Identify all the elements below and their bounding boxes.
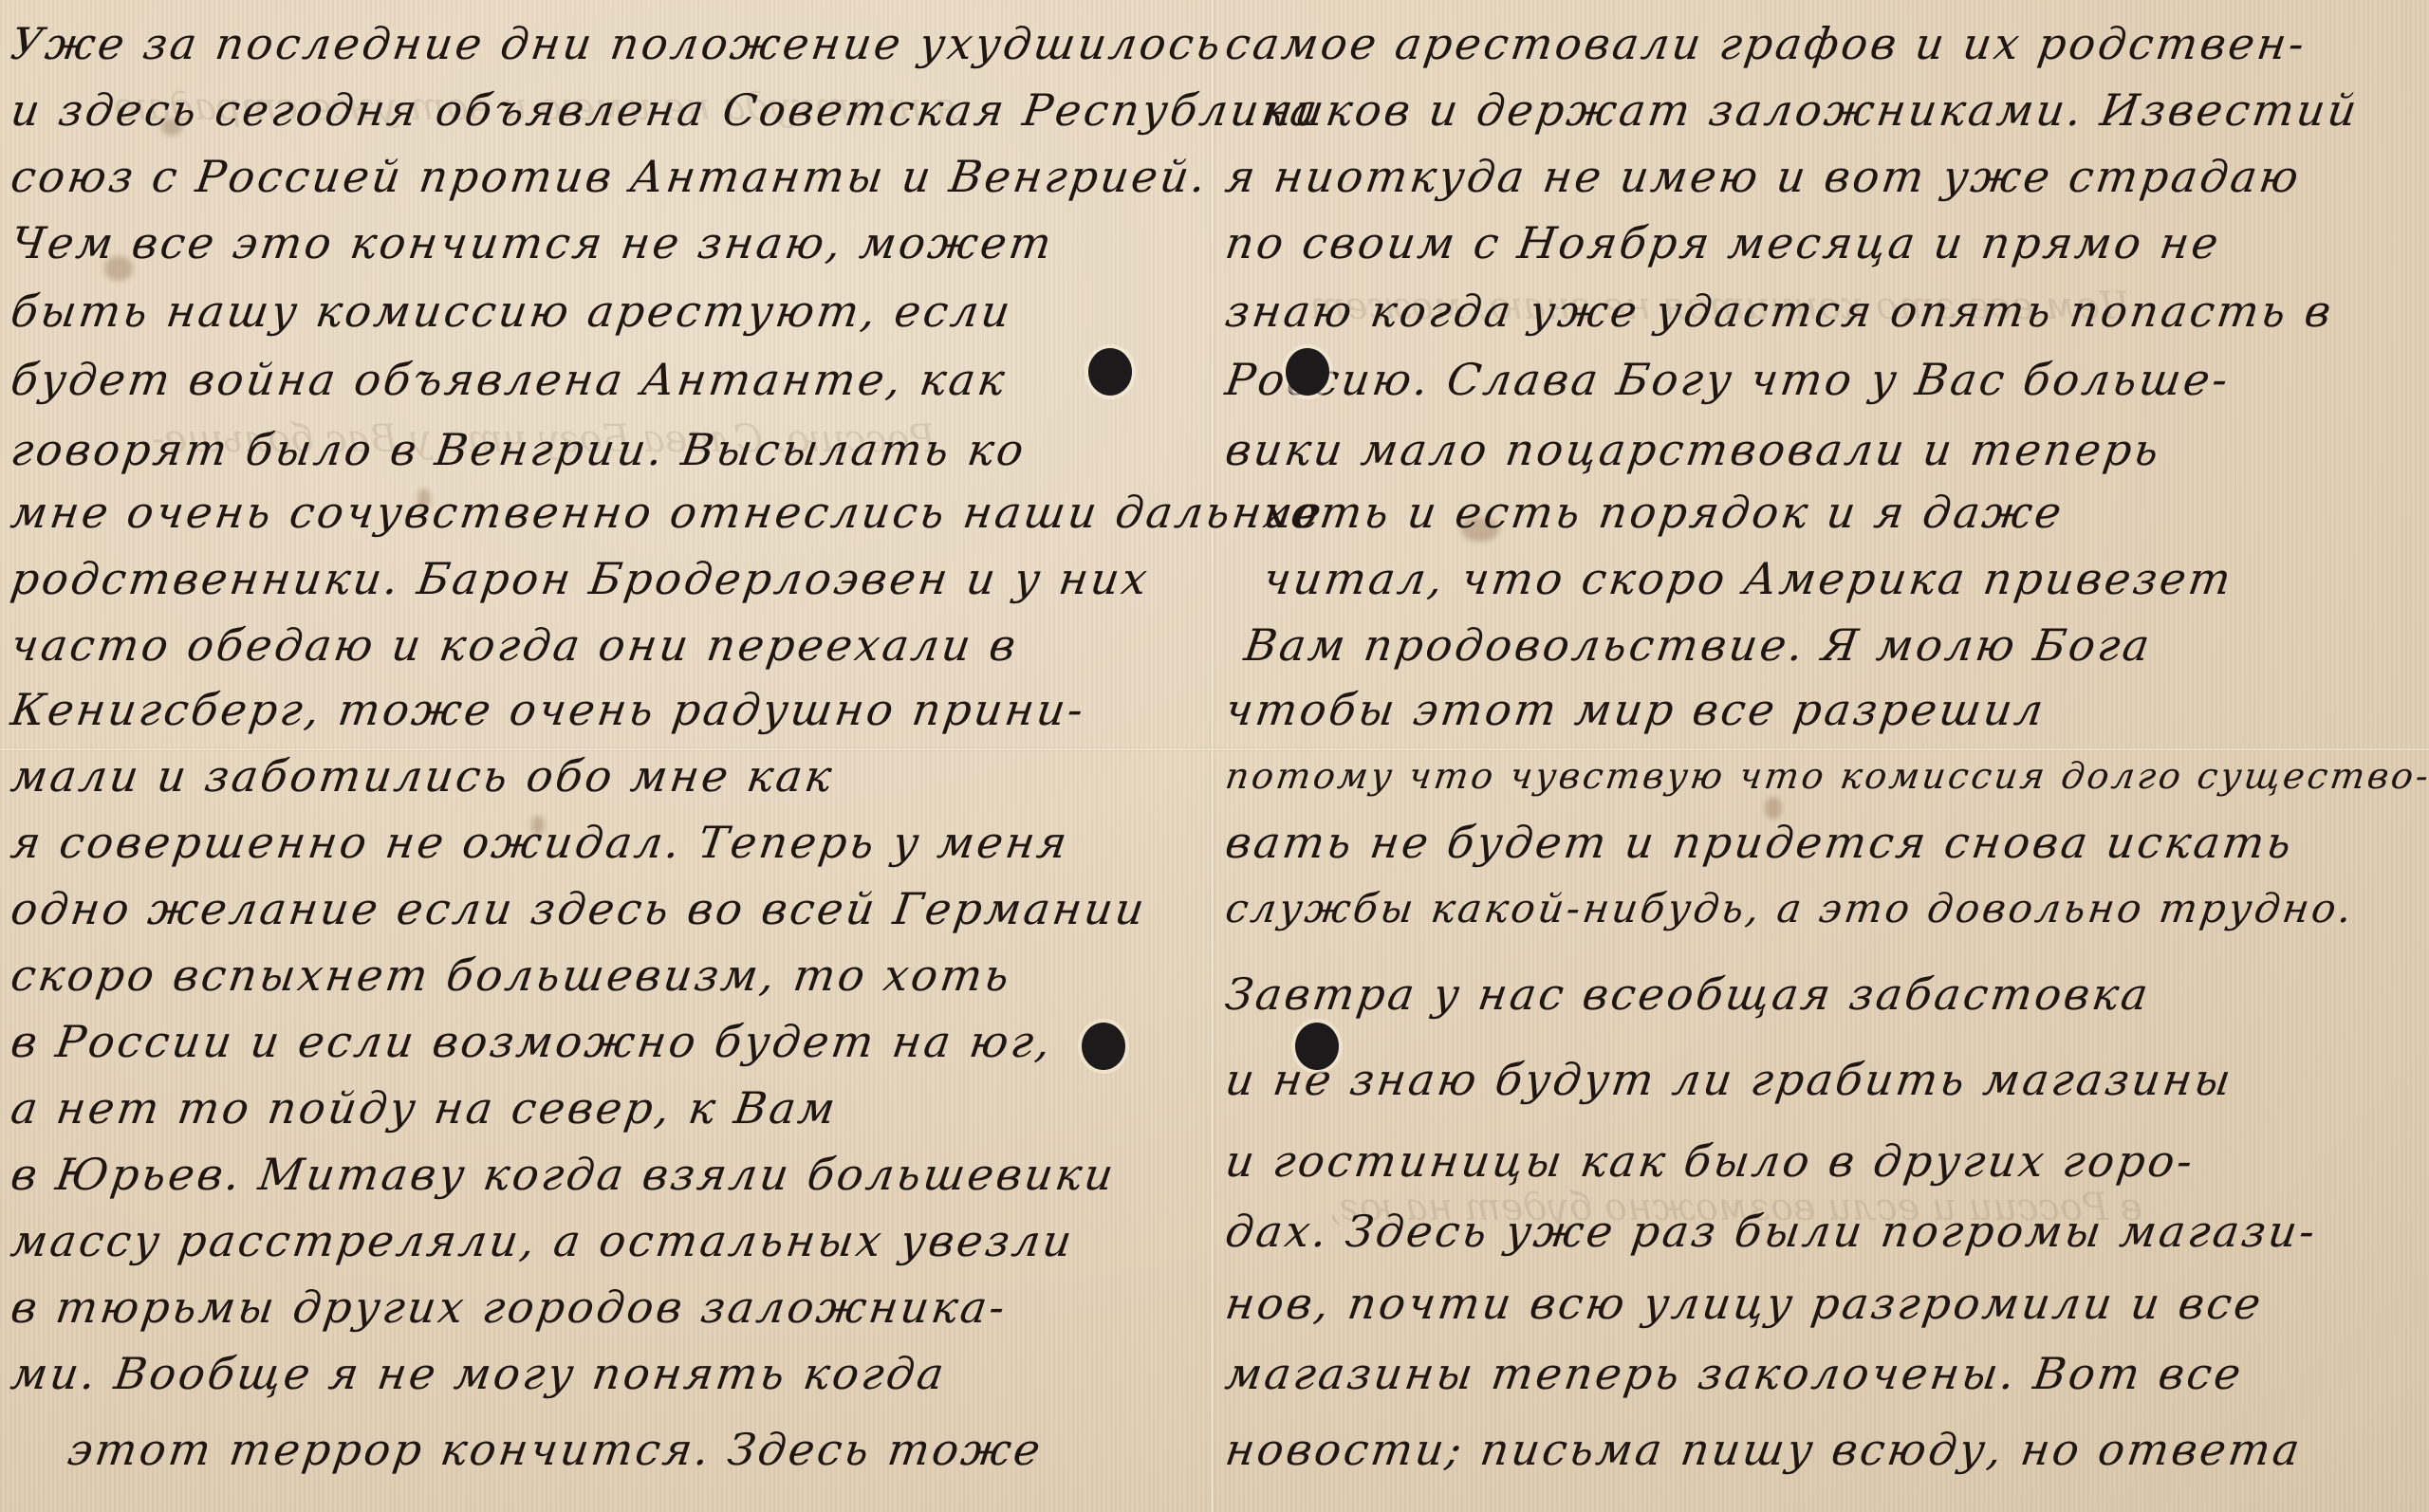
text-line: Чем все это кончится не знаю, может — [8, 216, 1057, 269]
text-line: Вам продовольствие. Я молю Бога — [1241, 618, 2156, 672]
text-line: службы какой-нибудь, а это довольно труд… — [1222, 882, 2358, 935]
text-line: Россию. Слава Богу что у Вас больше- — [1222, 353, 2234, 406]
text-line: по своим с Ноября месяца и прямо не — [1222, 216, 2224, 269]
letter-sheet: я ниоткуда не имею и вот уже страдаю Рос… — [0, 0, 2429, 1512]
text-line: знаю когда уже удастся опять попасть в — [1222, 285, 2337, 338]
text-line: ников и держат заложниками. Известий — [1260, 83, 2363, 137]
text-line: в России и если возможно будет на юг, — [8, 1015, 1056, 1068]
text-line: часто обедаю и когда они переехали в — [8, 618, 1022, 672]
text-line: этот террор кончится. Здесь тоже — [65, 1423, 1047, 1476]
text-line: читал, что скоро Америка привезет — [1260, 552, 2236, 605]
punch-hole — [1286, 348, 1329, 396]
text-line: нов, почти всю улицу разгромили и все — [1222, 1277, 2267, 1330]
text-line: мне очень сочувственно отнеслись наши да… — [8, 486, 1327, 539]
text-line: массу расстреляли, а остальных увезли — [8, 1214, 1078, 1267]
text-line: чтобы этот мир все разрешил — [1222, 683, 2049, 736]
text-line: новости; письма пишу всюду, но ответа — [1222, 1423, 2306, 1476]
vertical-fold-crease — [1210, 0, 1214, 1512]
text-line: мали и заботились обо мне как — [8, 749, 838, 802]
text-line: дах. Здесь уже раз были погромы магази- — [1222, 1205, 2321, 1258]
text-line: быть нашу комиссию арестуют, если — [8, 285, 1016, 338]
text-line: вать не будет и придется снова искать — [1222, 816, 2297, 869]
text-line: потому что чувствую что комиссия долго с… — [1222, 749, 2429, 802]
text-line: хоть и есть порядок и я даже — [1260, 486, 2067, 539]
text-line: Уже за последние дни положение ухудшилос… — [8, 17, 1227, 70]
text-line: и гостиницы как было в других горо- — [1222, 1134, 2198, 1188]
text-line: говорят было в Венгрии. Высылать ко — [8, 423, 1029, 476]
text-line: я совершенно не ожидал. Теперь у меня — [8, 816, 1073, 869]
text-line: родственники. Барон Бродерлоэвен и у них — [8, 552, 1153, 605]
text-line: ми. Вообще я не могу понять когда — [8, 1347, 950, 1400]
text-line: скоро вспыхнет большевизм, то хоть — [8, 949, 1015, 1002]
text-line: вики мало поцарствовали и теперь — [1222, 423, 2164, 476]
text-line: в тюрьмы других городов заложника- — [8, 1281, 1011, 1334]
text-line: Завтра у нас всеобщая забастовка — [1222, 968, 2154, 1021]
punch-hole — [1088, 348, 1132, 396]
text-line: союз с Россией против Антанты и Венгрией… — [8, 150, 1212, 203]
punch-hole — [1082, 1023, 1125, 1070]
text-line: Кенигсберг, тоже очень радушно прини- — [8, 683, 1089, 736]
text-line: и не знаю будут ли грабить магазины — [1222, 1053, 2236, 1106]
text-line: и здесь сегодня объявлена Советская Респ… — [8, 83, 1323, 137]
punch-hole — [1295, 1023, 1339, 1070]
text-line: я ниоткуда не имею и вот уже страдаю — [1222, 150, 2305, 203]
text-line: в Юрьев. Митаву когда взяли большевики — [8, 1148, 1120, 1201]
text-line: самое арестовали графов и их родствен- — [1222, 17, 2310, 70]
text-line: магазины теперь заколочены. Вот все — [1222, 1347, 2247, 1400]
text-line: будет война объявлена Антанте, как — [8, 353, 1011, 406]
text-line: одно желание если здесь во всей Германии — [8, 882, 1150, 935]
text-line: а нет то пойду на север, к Вам — [8, 1081, 842, 1134]
